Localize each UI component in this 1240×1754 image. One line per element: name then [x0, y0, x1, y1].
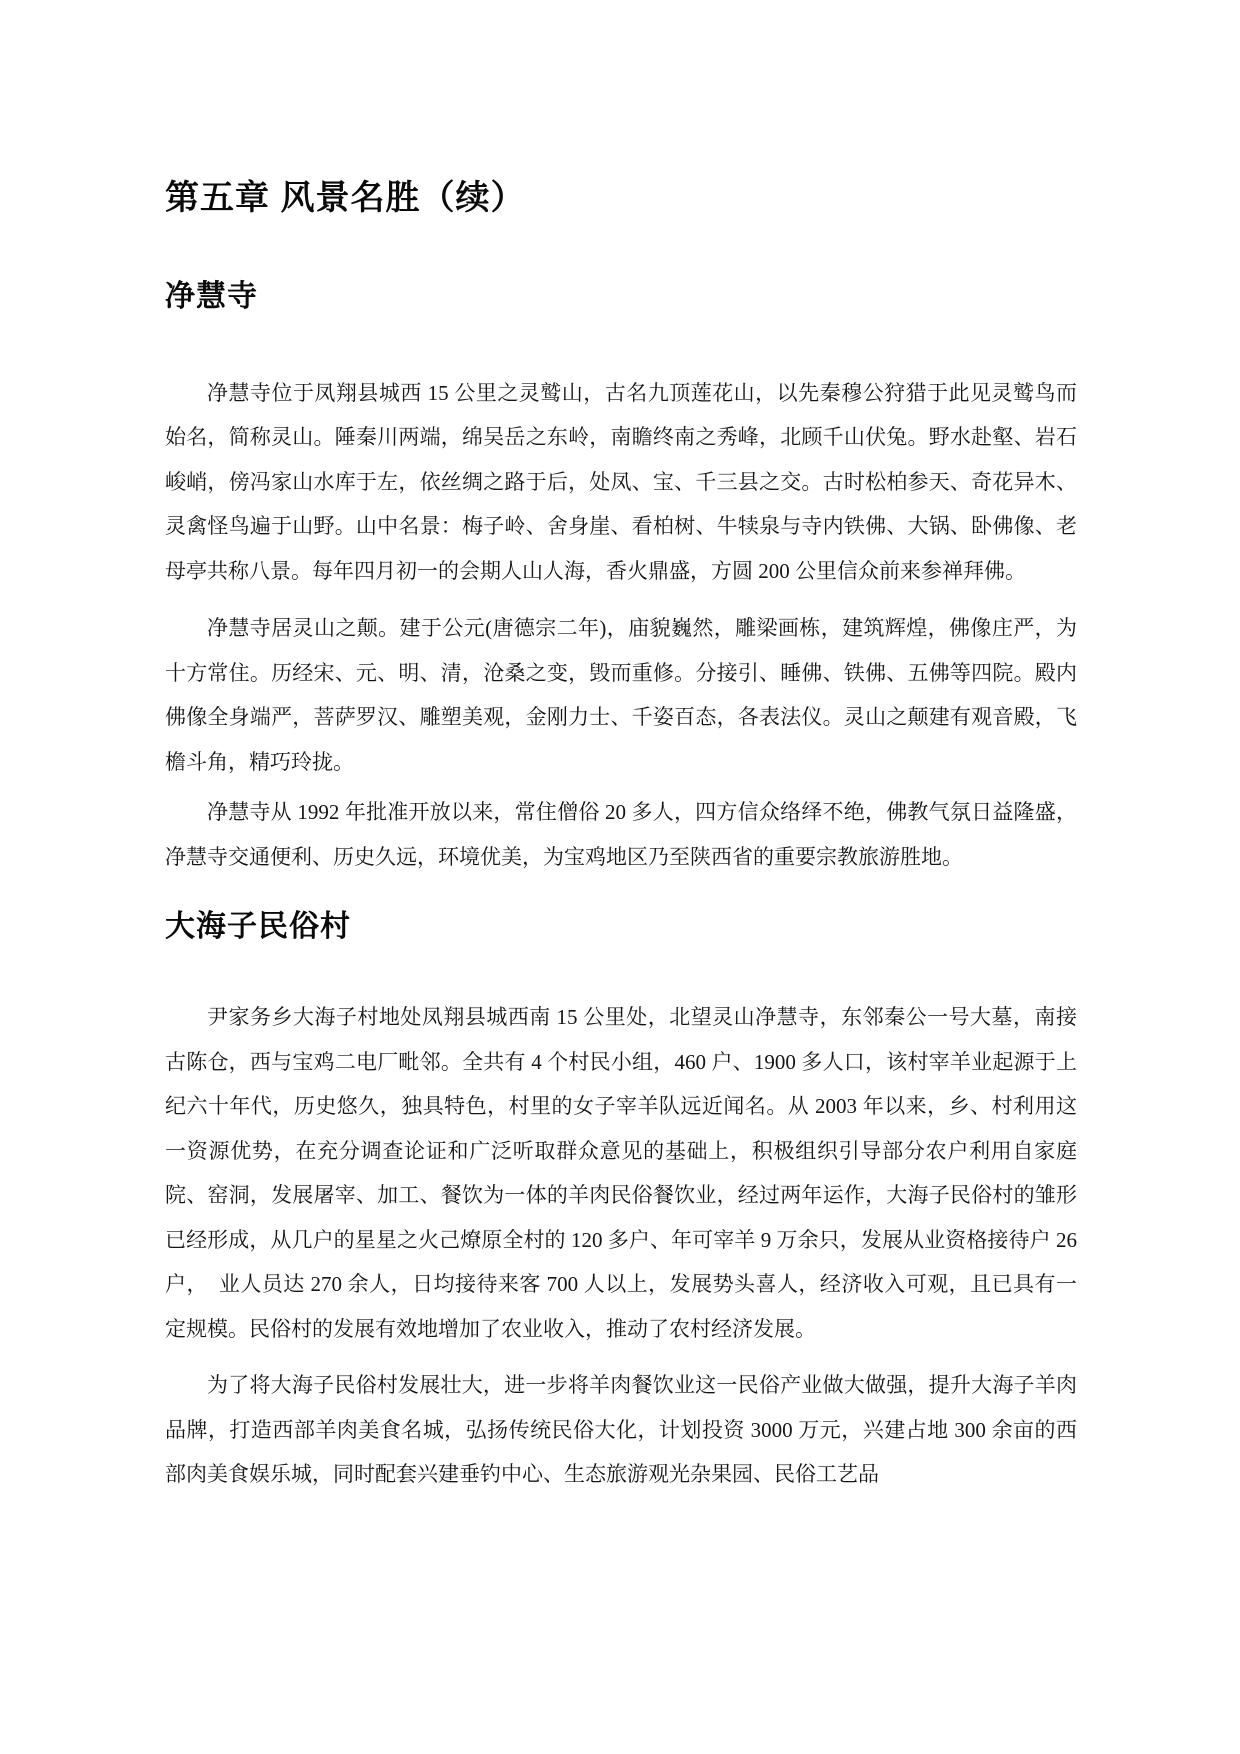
- paragraph-jinghuisi-1: 净慧寺位于凤翔县城西 15 公里之灵鹫山，古名九顶莲花山，以先秦穆公狩猎于此见灵…: [165, 371, 1077, 594]
- section-title-jinghuisi: 净慧寺: [165, 279, 1077, 315]
- paragraph-dahaizi-1: 尹家务乡大海子村地处凤翔县城西南 15 公里处，北望灵山净慧寺，东邻秦公一号大墓…: [165, 995, 1077, 1351]
- section-title-dahaizi: 大海子民俗村: [165, 909, 1077, 945]
- paragraph-jinghuisi-3: 净慧寺从 1992 年批准开放以来，常住僧俗 20 多人，四方信众络绎不绝，佛教…: [165, 790, 1077, 879]
- paragraph-dahaizi-2: 为了将大海子民俗村发展壮大，进一步将羊肉餐饮业这一民俗产业做大做强，提升大海子羊…: [165, 1363, 1077, 1497]
- chapter-title: 第五章 风景名胜（续）: [165, 178, 1077, 219]
- paragraph-jinghuisi-2: 净慧寺居灵山之颠。建于公元(唐德宗二年)，庙貌巍然，雕梁画栋，建筑辉煌，佛像庄严…: [165, 606, 1077, 784]
- document-page: 第五章 风景名胜（续） 净慧寺 净慧寺位于凤翔县城西 15 公里之灵鹫山，古名九…: [0, 0, 1240, 1754]
